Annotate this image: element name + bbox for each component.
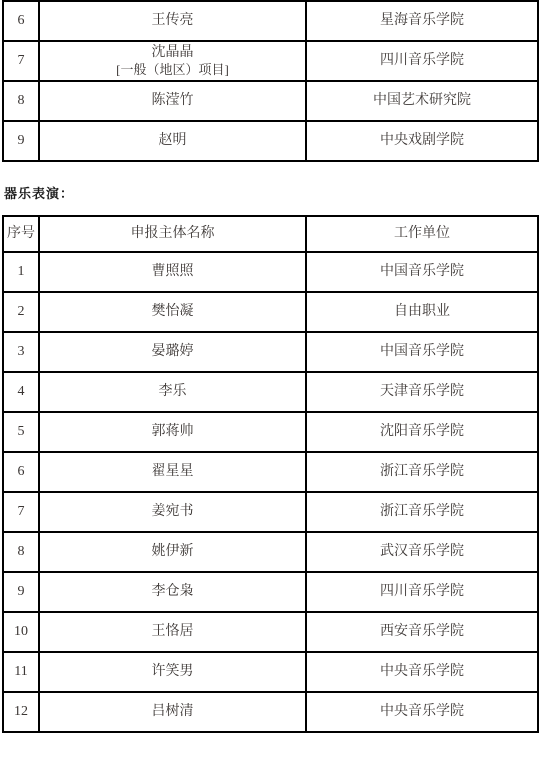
table-header-row: 序号 申报主体名称 工作单位 [3, 216, 538, 252]
row-number-cell: 12 [3, 692, 39, 732]
header-row-number: 序号 [3, 216, 39, 252]
work-unit-cell: 武汉音乐学院 [306, 532, 538, 572]
row-number-cell: 9 [3, 572, 39, 612]
table-row: 9 李仓枭 四川音乐学院 [3, 572, 538, 612]
applicant-name-cell: 沈晶晶 [一般（地区）项目] [39, 41, 306, 81]
work-unit-cell: 四川音乐学院 [306, 572, 538, 612]
applicant-name-cell: 陈滢竹 [39, 81, 306, 121]
table-row: 8 姚伊新 武汉音乐学院 [3, 532, 538, 572]
document-page: 6 王传亮 星海音乐学院 7 沈晶晶 [一般（地区）项目] 四川音乐学院 8 陈… [0, 0, 541, 768]
applicant-name-cell: 樊怡凝 [39, 292, 306, 332]
table-row: 4 李乐 天津音乐学院 [3, 372, 538, 412]
work-unit-cell: 中央戏剧学院 [306, 121, 538, 161]
applicant-name-cell: 王传亮 [39, 1, 306, 41]
applicant-name-cell: 郭蒋帅 [39, 412, 306, 452]
applicants-table-continued: 6 王传亮 星海音乐学院 7 沈晶晶 [一般（地区）项目] 四川音乐学院 8 陈… [2, 0, 539, 162]
table-row: 5 郭蒋帅 沈阳音乐学院 [3, 412, 538, 452]
work-unit-cell: 中央音乐学院 [306, 652, 538, 692]
table-row: 2 樊怡凝 自由职业 [3, 292, 538, 332]
row-number-cell: 5 [3, 412, 39, 452]
work-unit-cell: 中央音乐学院 [306, 692, 538, 732]
row-number-cell: 9 [3, 121, 39, 161]
applicant-name-cell: 李乐 [39, 372, 306, 412]
row-number-cell: 6 [3, 452, 39, 492]
applicant-note: [一般（地区）项目] [40, 62, 305, 77]
header-work-unit: 工作单位 [306, 216, 538, 252]
row-number-cell: 6 [3, 1, 39, 41]
table-row: 7 沈晶晶 [一般（地区）项目] 四川音乐学院 [3, 41, 538, 81]
table-row: 1 曹照照 中国音乐学院 [3, 252, 538, 292]
applicant-name-cell: 吕树清 [39, 692, 306, 732]
table-row: 8 陈滢竹 中国艺术研究院 [3, 81, 538, 121]
table-row: 10 王恪居 西安音乐学院 [3, 612, 538, 652]
row-number-cell: 8 [3, 532, 39, 572]
row-number-cell: 2 [3, 292, 39, 332]
table-row: 11 许笑男 中央音乐学院 [3, 652, 538, 692]
applicant-name-cell: 曹照照 [39, 252, 306, 292]
table-row: 6 翟星星 浙江音乐学院 [3, 452, 538, 492]
row-number-cell: 1 [3, 252, 39, 292]
applicant-name-cell: 王恪居 [39, 612, 306, 652]
work-unit-cell: 浙江音乐学院 [306, 492, 538, 532]
work-unit-cell: 自由职业 [306, 292, 538, 332]
table-row: 3 晏璐婷 中国音乐学院 [3, 332, 538, 372]
work-unit-cell: 天津音乐学院 [306, 372, 538, 412]
work-unit-cell: 沈阳音乐学院 [306, 412, 538, 452]
row-number-cell: 4 [3, 372, 39, 412]
row-number-cell: 7 [3, 492, 39, 532]
table-row: 6 王传亮 星海音乐学院 [3, 1, 538, 41]
work-unit-cell: 中国艺术研究院 [306, 81, 538, 121]
work-unit-cell: 四川音乐学院 [306, 41, 538, 81]
table-row: 9 赵明 中央戏剧学院 [3, 121, 538, 161]
applicant-name-cell: 晏璐婷 [39, 332, 306, 372]
work-unit-cell: 西安音乐学院 [306, 612, 538, 652]
applicant-name-cell: 翟星星 [39, 452, 306, 492]
applicant-name-cell: 赵明 [39, 121, 306, 161]
instrumental-performance-table: 序号 申报主体名称 工作单位 1 曹照照 中国音乐学院 2 樊怡凝 自由职业 3… [2, 215, 539, 733]
applicant-name-cell: 姜宛书 [39, 492, 306, 532]
table-row: 7 姜宛书 浙江音乐学院 [3, 492, 538, 532]
applicant-name-cell: 姚伊新 [39, 532, 306, 572]
row-number-cell: 8 [3, 81, 39, 121]
section-heading: 器乐表演： [4, 183, 74, 202]
work-unit-cell: 星海音乐学院 [306, 1, 538, 41]
applicant-name-cell: 李仓枭 [39, 572, 306, 612]
row-number-cell: 10 [3, 612, 39, 652]
row-number-cell: 7 [3, 41, 39, 81]
work-unit-cell: 浙江音乐学院 [306, 452, 538, 492]
row-number-cell: 3 [3, 332, 39, 372]
header-applicant-name: 申报主体名称 [39, 216, 306, 252]
work-unit-cell: 中国音乐学院 [306, 252, 538, 292]
applicant-name-cell: 许笑男 [39, 652, 306, 692]
applicant-name: 沈晶晶 [40, 45, 305, 61]
work-unit-cell: 中国音乐学院 [306, 332, 538, 372]
table-row: 12 吕树清 中央音乐学院 [3, 692, 538, 732]
row-number-cell: 11 [3, 652, 39, 692]
